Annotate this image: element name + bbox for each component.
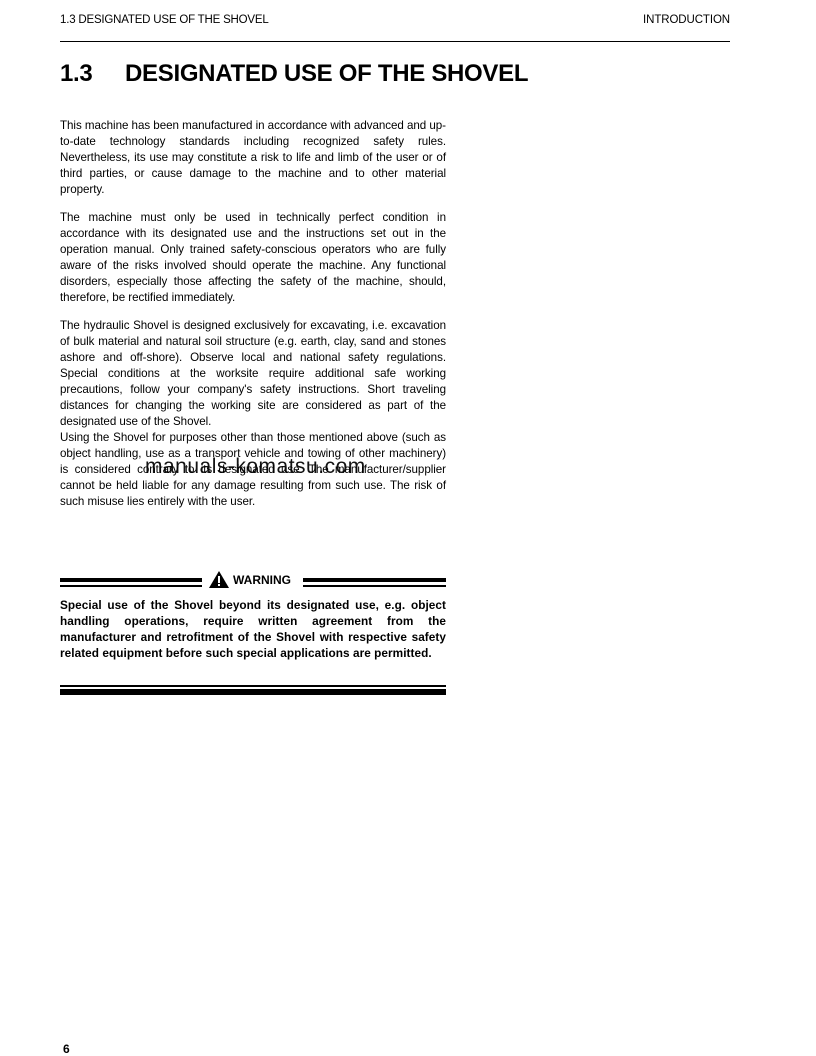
section-title-text: DESIGNATED USE OF THE SHOVEL [125,60,528,87]
page-title: 1.3DESIGNATED USE OF THE SHOVEL [60,60,528,88]
running-header-section: 1.3 DESIGNATED USE OF THE SHOVEL [60,14,269,26]
header-divider [60,41,730,42]
warning-box: WARNING Special use of the Shovel beyond… [60,571,446,661]
paragraph-condition: The machine must only be used in technic… [60,210,446,306]
running-header-chapter: INTRODUCTION [643,14,730,26]
section-number: 1.3 [60,60,125,88]
paragraph-intro: This machine has been manufactured in ac… [60,118,446,198]
warning-rule-right [303,578,446,588]
warning-rule-left [60,578,202,588]
warning-label: WARNING [209,571,291,588]
warning-label-text: WARNING [233,573,291,587]
watermark: manuals-komatsu.com [145,455,366,479]
warning-text: Special use of the Shovel beyond its des… [60,597,446,661]
warning-footer-rule [60,685,446,695]
warning-header: WARNING [60,571,446,589]
paragraph-designated-use: The hydraulic Shovel is designed exclusi… [60,318,446,430]
page-number: 6 [63,1042,70,1056]
warning-triangle-icon [209,571,229,588]
